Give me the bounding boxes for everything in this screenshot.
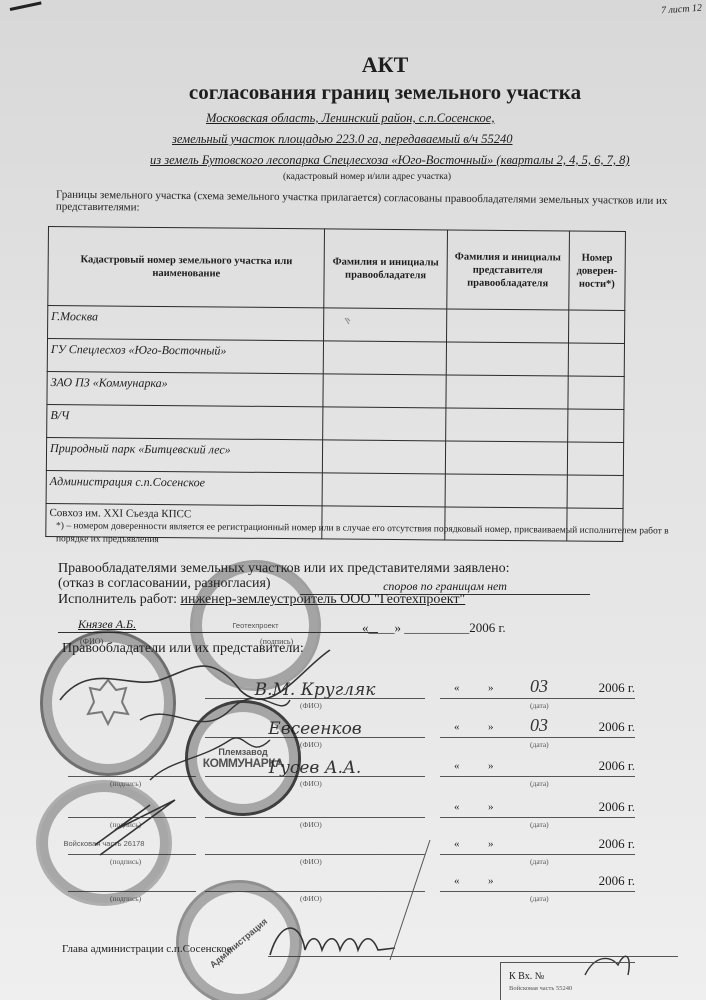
column-header-owner: Фамилия и инициалы правообладателя: [324, 229, 447, 309]
coat-of-arms-icon: [78, 672, 138, 732]
stamp-kommunarka-main: КОММУНАРКА: [203, 758, 283, 769]
cell-owner: [322, 473, 444, 507]
cell-name: В/Ч: [47, 404, 324, 439]
location-line-2: земельный участок площадью 223.0 га, пер…: [172, 132, 513, 147]
cell-owner: [323, 374, 445, 408]
stamp-kommunarka: Племзавод КОММУНАРКА: [185, 700, 301, 816]
sign-field: [68, 776, 196, 777]
corner-handwritten-note: 7 лист 12: [661, 3, 703, 17]
date-field: « » 2006 г.: [440, 799, 635, 818]
cell-poa: [568, 310, 625, 343]
cell-owner: [324, 308, 446, 342]
date-field: « » 2006 г.: [440, 836, 635, 855]
stamp-geotechproekt: Геотехпроект: [190, 560, 321, 691]
date-year: 2006 г.: [599, 836, 635, 852]
date-field: « » 03 2006 г.: [440, 680, 635, 699]
cell-name: ЗАО ПЗ «Коммунарка»: [47, 371, 324, 406]
stamp-administration: Администрация: [176, 880, 302, 1000]
date-year: 2006 г.: [599, 758, 635, 774]
location-line-3: из земель Бутовского лесопарка Спецлесхо…: [150, 153, 630, 168]
cell-name: Администрация с.п.Сосенское: [46, 470, 323, 505]
table-row: Администрация с.п.Сосенское: [46, 470, 623, 508]
cell-representative: [446, 309, 568, 343]
stamp-military-unit: Войсковая часть 26178: [36, 780, 172, 906]
cell-name: Г.Москва: [48, 306, 325, 341]
head-signature-line: [268, 956, 678, 957]
cell-name: ГУ Спецлесхоз «Юго-Восточный»: [47, 339, 324, 374]
owners-table: Кадастровый номер земельного участка или…: [45, 226, 626, 542]
cell-poa: [568, 376, 625, 409]
cell-owner: [324, 341, 446, 375]
intro-text: Границы земельного участка (схема земель…: [56, 189, 696, 220]
pen-mark: [10, 1, 42, 11]
date-month: 03: [530, 676, 548, 697]
location-line-1: Московская область, Ленинский район, с.п…: [206, 111, 494, 126]
date-year: 2006 г.: [599, 680, 635, 696]
document-page: 7 лист 12 АКТ согласования границ земель…: [0, 0, 706, 1000]
date-field: « » 2006 г.: [440, 873, 635, 892]
date-year: 2006 г.: [599, 873, 635, 889]
table-row: В/Ч: [47, 404, 624, 442]
cell-poa: [567, 442, 624, 475]
column-header-representative: Фамилия и инициалы представителя правооб…: [446, 230, 569, 310]
document-title: АКТ: [32, 52, 706, 78]
table-row: ГУ Спецлесхоз «Юго-Восточный»: [47, 339, 624, 377]
fio-field: [205, 836, 425, 855]
date-month: 03: [530, 715, 548, 736]
table-row: Г.Москва: [48, 306, 625, 344]
date-field: « » 03 2006 г.: [440, 719, 635, 738]
registration-sub: Войсковая часть 55240: [509, 985, 627, 992]
cell-representative: [445, 474, 567, 508]
cell-name: Природный парк «Битцевский лес»: [46, 437, 323, 472]
table-header-row: Кадастровый номер земельного участка или…: [48, 227, 626, 311]
table-row: ЗАО ПЗ «Коммунарка»: [47, 371, 624, 409]
cell-representative: [446, 342, 568, 376]
cell-poa: [567, 475, 624, 508]
column-header-cadastral: Кадастровый номер земельного участка или…: [48, 227, 325, 308]
cell-representative: [445, 441, 567, 475]
cell-poa: [567, 409, 624, 442]
table-row: Природный парк «Битцевский лес»: [46, 437, 623, 475]
executor-label: Исполнитель работ:: [58, 592, 177, 607]
cell-owner: [323, 440, 445, 474]
stamp-department: [40, 630, 176, 776]
cell-representative: [445, 375, 567, 409]
date-year: 2006 г.: [599, 799, 635, 815]
footnote: *) – номером доверенности является ее ре…: [56, 520, 696, 552]
cell-owner: [323, 407, 445, 441]
cell-poa: [568, 343, 625, 376]
executor-date: «____» __________2006 г.: [362, 620, 506, 636]
location-caption: (кадастровый номер и/или адрес участка): [283, 172, 451, 182]
registration-label: К Вх. №: [509, 971, 627, 982]
date-year: 2006 г.: [599, 719, 635, 735]
column-header-poa-number: Номер доверен-ности*): [568, 231, 625, 310]
cell-representative: [445, 408, 567, 442]
document-subtitle: согласования границ земельного участка: [32, 80, 706, 105]
date-field: « » 2006 г.: [440, 758, 635, 777]
incoming-registration-stamp: К Вх. № Войсковая часть 55240: [500, 962, 635, 1000]
